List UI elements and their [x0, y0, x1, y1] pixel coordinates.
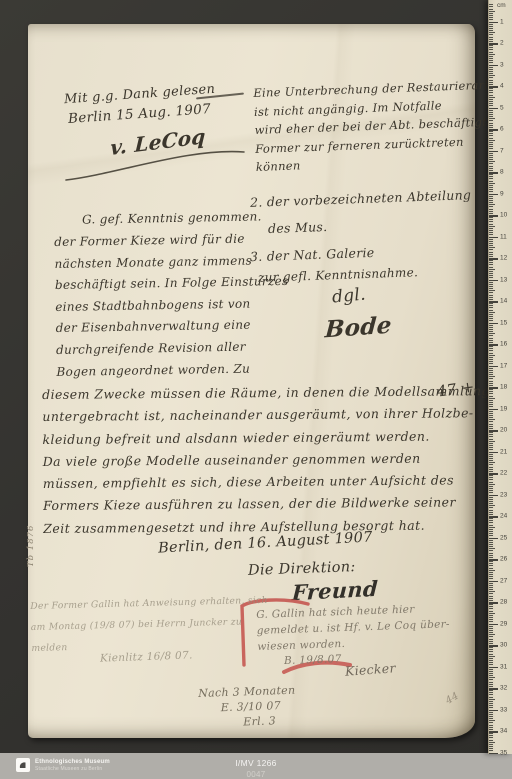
ruler-tick — [489, 725, 493, 726]
ruler-tick — [489, 404, 493, 405]
ruler-tick — [489, 632, 493, 633]
ruler-tick — [489, 148, 493, 149]
ruler-tick — [489, 146, 493, 147]
ruler-tick — [489, 447, 493, 448]
ruler-tick — [489, 527, 495, 528]
ruler-number: 26 — [500, 556, 507, 563]
ruler-tick — [489, 187, 493, 188]
ruler-number: 2 — [500, 40, 504, 47]
ruler-number: 22 — [500, 470, 507, 477]
ruler-tick — [489, 290, 495, 291]
ruler-number: 21 — [500, 448, 507, 455]
ruler-tick — [489, 77, 493, 78]
ruler-tick — [489, 464, 493, 465]
lecoq-note-line2: Berlin 15 Aug. 1907 — [68, 103, 212, 126]
ruler-tick — [489, 643, 493, 644]
ruler-number: 28 — [500, 599, 507, 606]
ruler-tick — [489, 660, 493, 661]
ruler-tick — [489, 505, 495, 506]
ruler-tick — [489, 641, 493, 642]
ruler-tick — [489, 374, 493, 375]
ruler-tick — [489, 608, 493, 609]
ruler-tick — [489, 142, 493, 143]
dgl-abbrev: dgl. — [331, 287, 366, 307]
ruler-tick — [489, 329, 493, 330]
kienlitz-signature: Kienlitz 16/8 07. — [100, 650, 193, 664]
ruler-tick — [489, 99, 493, 100]
ruler-tick — [489, 26, 493, 27]
ruler-tick — [489, 247, 495, 248]
pencil-note-bottom: Nach 3 Monaten E. 3/10 07 Erl. 3 — [198, 683, 297, 731]
ruler-tick — [489, 62, 493, 63]
scanned-page: Mit g.g. Dank gelesen Berlin 15 Aug. 190… — [28, 24, 475, 738]
ruler-tick — [489, 28, 493, 29]
ruler-tick — [489, 211, 493, 212]
ruler-tick — [489, 716, 493, 717]
ruler-tick — [489, 282, 493, 283]
ruler-tick — [489, 181, 493, 182]
ruler-tick — [489, 243, 493, 244]
ruler-tick — [489, 692, 493, 693]
ruler-tick — [489, 540, 493, 541]
ruler-tick — [489, 454, 493, 455]
ruler-tick — [489, 626, 493, 627]
ruler-tick — [489, 561, 493, 562]
ruler-tick — [489, 17, 493, 18]
ruler-number: 27 — [500, 577, 507, 584]
ruler-tick — [489, 598, 493, 599]
left-column-first-line: G. gef. Kenntnis genommen. — [82, 210, 262, 225]
ruler-tick — [489, 176, 493, 177]
ruler-tick — [489, 30, 493, 31]
ruler-number: 24 — [500, 513, 507, 520]
ruler-tick — [489, 92, 493, 93]
ruler-tick — [489, 260, 493, 261]
ruler-tick — [489, 705, 493, 706]
ruler-tick — [489, 514, 493, 515]
ruler-tick — [489, 15, 493, 16]
ruler-tick — [489, 52, 493, 53]
ruler-tick — [489, 350, 493, 351]
ruler-tick — [489, 432, 493, 433]
ruler-number: 23 — [500, 491, 507, 498]
ruler-tick — [489, 445, 493, 446]
ruler-tick — [489, 458, 493, 459]
ruler-tick — [489, 56, 493, 57]
ruler-tick — [489, 357, 493, 358]
ruler-tick — [489, 492, 493, 493]
ruler-tick — [489, 737, 493, 738]
ruler-tick — [489, 477, 493, 478]
ruler-tick — [489, 520, 493, 521]
ruler-tick — [489, 252, 493, 253]
ruler-number: 9 — [500, 190, 504, 197]
ruler-tick — [489, 589, 493, 590]
ruler-tick — [489, 157, 493, 158]
ruler-tick — [489, 71, 493, 72]
ruler-tick — [489, 32, 495, 33]
ruler-tick — [489, 531, 493, 532]
ruler-tick — [489, 241, 493, 242]
ruler-tick — [489, 11, 495, 12]
ruler-tick — [489, 346, 493, 347]
ruler-tick — [489, 67, 493, 68]
ruler-tick — [489, 714, 493, 715]
ruler-tick — [489, 522, 493, 523]
ruler-number: 8 — [500, 169, 504, 176]
ruler-tick — [489, 673, 493, 674]
ruler-tick — [489, 307, 493, 308]
ruler-tick — [489, 460, 493, 461]
ruler-tick — [489, 138, 493, 139]
ruler-tick — [489, 553, 493, 554]
ruler-tick — [489, 748, 493, 749]
ruler-tick — [489, 482, 493, 483]
ruler-number: 34 — [500, 728, 507, 735]
ruler-number: 17 — [500, 362, 507, 369]
ruler-tick — [489, 213, 493, 214]
ruler-tick — [489, 226, 495, 227]
ruler-tick — [489, 58, 493, 59]
ruler-tick — [489, 475, 493, 476]
ruler-tick — [489, 262, 493, 263]
ruler-tick — [489, 679, 493, 680]
ruler-tick — [489, 95, 493, 96]
ruler-tick — [489, 649, 493, 650]
ruler-tick — [489, 396, 493, 397]
ruler-tick — [489, 239, 493, 240]
ruler-tick — [489, 546, 493, 547]
ruler-tick — [489, 118, 495, 119]
ruler-tick — [489, 733, 493, 734]
ruler-tick — [489, 596, 493, 597]
ruler-tick — [489, 196, 493, 197]
ruler-number: 7 — [500, 147, 504, 154]
ruler-tick — [489, 548, 495, 549]
ruler-tick — [489, 159, 493, 160]
ruler-tick — [489, 80, 493, 81]
ruler-tick — [489, 54, 495, 55]
ruler-tick — [489, 131, 493, 132]
ruler-tick — [489, 305, 493, 306]
ruler-tick — [489, 140, 495, 141]
ruler-tick — [489, 606, 493, 607]
ruler-tick — [489, 245, 493, 246]
ruler-number: 15 — [500, 319, 507, 326]
ruler-tick — [489, 671, 493, 672]
ruler-number: 33 — [500, 706, 507, 713]
ruler-number: 11 — [500, 233, 507, 240]
ruler-number: 25 — [500, 534, 507, 541]
ruler-tick — [489, 125, 493, 126]
ruler-tick — [489, 325, 493, 326]
ruler-unit-label: cm — [497, 2, 506, 9]
ruler-tick — [489, 507, 493, 508]
ruler-tick — [489, 221, 493, 222]
ruler-number: 5 — [500, 104, 504, 111]
ruler-tick — [489, 189, 493, 190]
ruler-tick — [489, 342, 493, 343]
ruler-tick — [489, 662, 493, 663]
ruler-tick — [489, 209, 493, 210]
ruler-tick — [489, 424, 493, 425]
ruler-tick — [489, 24, 493, 25]
ruler-tick — [489, 443, 493, 444]
handwriting-line: beschäftigt sein. In Folge Einsturzes — [55, 271, 289, 297]
signature-flourish — [62, 138, 252, 186]
ruler-tick — [489, 729, 493, 730]
ruler-tick — [489, 378, 493, 379]
ruler-tick — [489, 434, 493, 435]
ruler-tick — [489, 389, 493, 390]
ruler-tick — [489, 133, 493, 134]
ruler-tick — [489, 103, 493, 104]
ruler-tick — [489, 615, 493, 616]
ruler-tick — [489, 497, 493, 498]
direktion-label: Die Direktion: — [248, 560, 356, 578]
ruler-tick — [489, 383, 493, 384]
ruler-tick — [489, 469, 493, 470]
ruler-tick — [489, 183, 495, 184]
pencil-note-left: Der Former Gallin hat Anweisung erhalten… — [30, 590, 269, 659]
ruler-tick — [489, 529, 493, 530]
ruler-tick — [489, 406, 493, 407]
ruler-tick — [489, 486, 493, 487]
ruler-tick — [489, 647, 493, 648]
pencil-note-date: B. 19/8.07 — [284, 654, 342, 667]
ruler-tick — [489, 19, 493, 20]
ruler-tick — [489, 428, 493, 429]
ruler-tick — [489, 60, 493, 61]
ruler-tick — [489, 639, 493, 640]
pencil-line: Erl. 3 — [243, 713, 297, 730]
ruler-tick — [489, 73, 493, 74]
ruler-tick — [489, 411, 493, 412]
ruler-tick — [489, 105, 493, 106]
ruler-tick — [489, 746, 493, 747]
ruler-tick — [489, 402, 493, 403]
ruler-tick — [489, 415, 493, 416]
ruler-tick — [489, 503, 493, 504]
ruler-tick — [489, 574, 493, 575]
ruler-tick — [489, 572, 493, 573]
ruler-tick — [489, 37, 493, 38]
ruler-tick — [489, 544, 493, 545]
ruler-tick — [489, 658, 493, 659]
ruler-tick — [489, 740, 493, 741]
ruler-tick — [489, 697, 493, 698]
ruler-tick — [489, 684, 493, 685]
ruler-tick — [489, 587, 493, 588]
ruler-tick — [489, 439, 493, 440]
ruler-tick — [489, 576, 493, 577]
ruler-tick — [489, 174, 493, 175]
ruler-tick — [489, 45, 493, 46]
ruler-tick — [489, 682, 493, 683]
ruler-tick — [489, 742, 495, 743]
ruler-tick — [489, 600, 493, 601]
ruler-tick — [489, 224, 493, 225]
ruler-tick — [489, 467, 493, 468]
ruler-number: 1 — [500, 18, 504, 25]
ruler-tick — [489, 69, 493, 70]
ruler-tick — [489, 591, 495, 592]
ruler-number: 31 — [500, 663, 507, 670]
ruler-tick — [489, 419, 495, 420]
ruler-tick — [489, 286, 493, 287]
ruler-tick — [489, 462, 495, 463]
ruler-tick — [489, 155, 493, 156]
body-paragraph: diesem Zwecke müssen die Räume, in denen… — [42, 380, 491, 540]
ruler-number: 4 — [500, 83, 504, 90]
ruler-number: 10 — [500, 212, 507, 219]
ruler-tick — [489, 295, 493, 296]
ruler-tick — [489, 750, 493, 751]
ruler-tick — [489, 206, 493, 207]
ruler-tick — [489, 753, 498, 755]
ruler-tick — [489, 636, 493, 637]
ruler-tick — [489, 264, 493, 265]
ruler-tick — [489, 701, 493, 702]
bode-signature: Bode — [324, 314, 392, 342]
ruler-tick — [489, 163, 493, 164]
ruler-tick — [489, 310, 493, 311]
ruler-tick — [489, 269, 495, 270]
ruler-tick — [489, 267, 493, 268]
ruler-tick — [489, 219, 493, 220]
ruler-tick — [489, 619, 493, 620]
ruler-tick — [489, 353, 493, 354]
ruler-tick — [489, 694, 493, 695]
ruler-tick — [489, 338, 493, 339]
ruler-tick — [489, 75, 495, 76]
ruler-tick — [489, 84, 493, 85]
ruler-tick — [489, 359, 493, 360]
footer-bar: Ethnologisches Museum Staatliche Museen … — [0, 753, 512, 779]
ruler-tick — [489, 39, 493, 40]
ruler-tick — [489, 292, 493, 293]
ruler-tick — [489, 699, 495, 700]
ruler-tick — [489, 510, 493, 511]
ruler-tick — [489, 277, 493, 278]
ruler-tick — [489, 568, 493, 569]
ruler-tick — [489, 123, 493, 124]
scan-page-number: 0047 — [0, 769, 512, 779]
ruler-tick — [489, 363, 493, 364]
ruler-tick — [489, 49, 493, 50]
ruler-tick — [489, 512, 493, 513]
ruler-tick — [489, 436, 493, 437]
ruler-number: 14 — [500, 298, 507, 305]
ruler-tick — [489, 593, 493, 594]
ruler-tick — [489, 570, 495, 571]
ruler-tick — [489, 449, 493, 450]
ruler-tick — [489, 542, 493, 543]
ruler-tick — [489, 372, 493, 373]
ruler-tick — [489, 479, 493, 480]
ruler-tick — [489, 703, 493, 704]
ruler-number: 3 — [500, 61, 504, 68]
ruler-tick — [489, 550, 493, 551]
ruler-tick — [489, 9, 493, 10]
ruler-tick — [489, 273, 493, 274]
ruler-tick — [489, 135, 493, 136]
ruler-tick — [489, 97, 495, 98]
ruler-tick — [489, 127, 493, 128]
ruler-number: 30 — [500, 642, 507, 649]
ruler-tick — [489, 114, 493, 115]
ruler-tick — [489, 335, 493, 336]
ruler-number: 6 — [500, 126, 504, 133]
ruler-number: 18 — [500, 384, 507, 391]
margin-vertical-note: Tb 1876 — [26, 495, 36, 567]
ruler-tick — [489, 228, 493, 229]
ruler-tick — [489, 578, 493, 579]
ruler-tick — [489, 340, 493, 341]
ruler-tick — [489, 202, 493, 203]
ruler-tick — [489, 110, 493, 111]
shelfmark-block: I/MV 1266 0047 — [0, 757, 512, 779]
ruler-tick — [489, 421, 493, 422]
ruler-tick — [489, 34, 493, 35]
ruler-tick — [489, 217, 493, 218]
ruler-tick — [489, 314, 493, 315]
shelfmark: I/MV 1266 — [0, 757, 512, 769]
ruler-tick — [489, 417, 493, 418]
ruler-tick — [489, 112, 493, 113]
ruler-tick — [489, 604, 493, 605]
ruler-tick — [489, 712, 493, 713]
ruler-tick — [489, 677, 495, 678]
ruler-tick — [489, 656, 495, 657]
ruler-tick — [489, 617, 493, 618]
ruler-tick — [489, 249, 493, 250]
ruler-tick — [489, 370, 493, 371]
ruler-number: 19 — [500, 405, 507, 412]
ruler-tick — [489, 525, 493, 526]
ruler-tick — [489, 583, 493, 584]
ruler-tick — [489, 398, 495, 399]
ruler-tick — [489, 735, 493, 736]
ruler-tick — [489, 585, 493, 586]
ruler-tick — [489, 234, 493, 235]
handwriting-line: Bogen angeordnet worden. Zu — [56, 357, 290, 383]
ruler-tick — [489, 101, 493, 102]
ruler-tick — [489, 288, 493, 289]
ruler-tick — [489, 284, 493, 285]
ruler-tick — [489, 727, 493, 728]
ruler-tick — [489, 178, 493, 179]
ruler-tick — [489, 318, 493, 319]
ruler-tick — [489, 484, 495, 485]
ruler-tick — [489, 621, 493, 622]
ruler-tick — [489, 669, 493, 670]
ruler-tick — [489, 555, 493, 556]
ruler-tick — [489, 120, 493, 121]
ruler-tick — [489, 456, 493, 457]
ruler-tick — [489, 144, 493, 145]
ruler-tick — [489, 611, 493, 612]
ruler: cm 1234567891011121314151617181920212223… — [488, 0, 512, 754]
ruler-tick — [489, 563, 493, 564]
ruler-tick — [489, 400, 493, 401]
pencil-note-center: G. Gallin hat sich heute hiergemeldet u.… — [256, 601, 451, 655]
ruler-number: 35 — [500, 749, 507, 756]
ruler-number: 29 — [500, 620, 507, 627]
ruler-tick — [489, 254, 493, 255]
ruler-tick — [489, 333, 495, 334]
ruler-tick — [489, 518, 493, 519]
